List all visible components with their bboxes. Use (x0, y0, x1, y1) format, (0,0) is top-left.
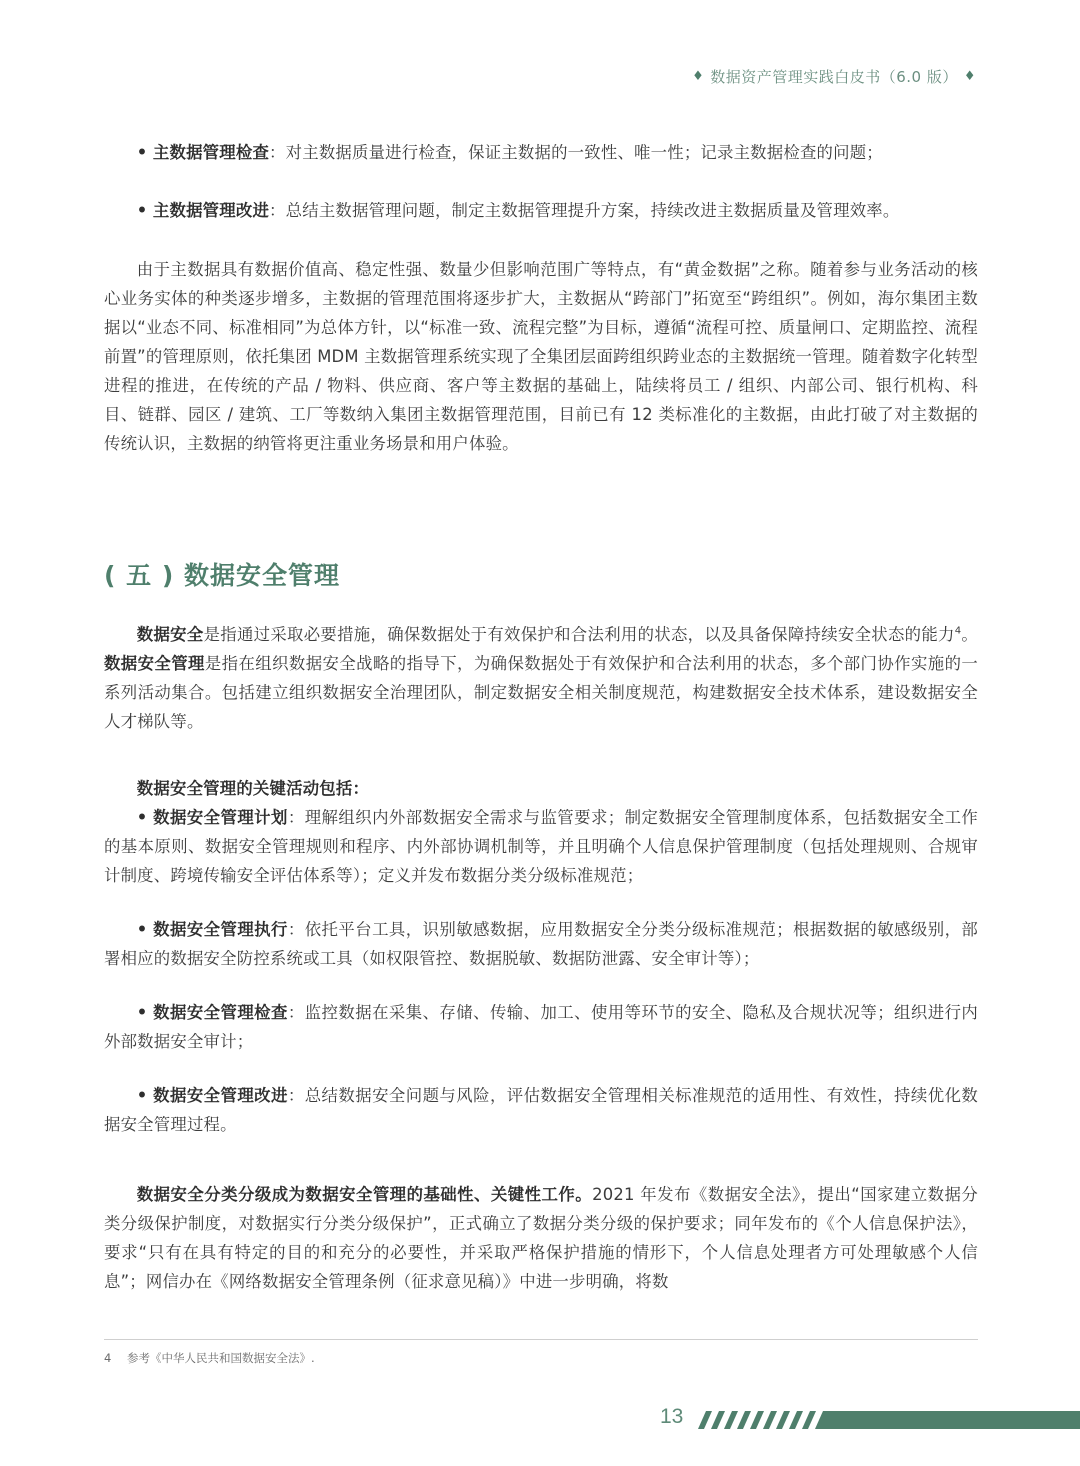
bullet-sep: ： (269, 201, 286, 220)
diamond-ornament-icon: ♦ (964, 69, 976, 84)
bullet-item: • 数据安全管理改进：总结数据安全问题与风险，评估数据安全管理相关标准规范的适用… (104, 1081, 978, 1139)
bullet-sep: ： (288, 1086, 305, 1105)
diamond-ornament-icon: ♦ (692, 69, 704, 84)
definition-text: 是指在组织数据安全战略的指导下，为确保数据处于有效保护和合法利用的状态，多个部门… (104, 654, 978, 731)
document-title: 数据资产管理实践白皮书（6.0 版） (710, 66, 958, 87)
bullet-marker: • (137, 1003, 148, 1022)
bullet-term: 数据安全管理执行 (153, 920, 288, 939)
bullet-item: • 数据安全管理执行：依托平台工具，识别敏感数据，应用数据安全分类分级标准规范；… (104, 915, 978, 973)
bullet-marker: • (137, 143, 148, 162)
section-title: ( 五 ) 数据安全管理 (104, 556, 340, 592)
bullet-marker: • (137, 808, 148, 827)
bullet-term: 数据安全管理改进 (153, 1086, 288, 1105)
master-data-bullets: • 主数据管理检查：对主数据质量进行检查，保证主数据的一致性、唯一性；记录主数据… (104, 138, 978, 225)
footnote-divider (104, 1339, 978, 1340)
bullet-item: • 主数据管理改进：总结主数据管理问题，制定主数据管理提升方案，持续改进主数据质… (104, 196, 978, 225)
activities-heading: 数据安全管理的关键活动包括： (104, 774, 978, 803)
page-number: 13 (660, 1405, 683, 1429)
footnote: 4 参考《中华人民共和国数据安全法》. (104, 1350, 315, 1366)
bullet-sep: ： (288, 808, 305, 827)
master-data-paragraph: 由于主数据具有数据价值高、稳定性强、数量少但影响范围广等特点，有“黄金数据”之称… (104, 255, 978, 458)
body-paragraph: 数据安全是指通过采取必要措施，确保数据处于有效保护和合法利用的状态，以及具备保障… (104, 620, 978, 736)
bullet-item: • 数据安全管理计划：理解组织内外部数据安全需求与监管要求；制定数据安全管理制度… (104, 803, 978, 890)
bullet-term: 数据安全管理计划 (153, 808, 288, 827)
bullet-marker: • (137, 920, 148, 939)
punctuation: 。 (961, 625, 978, 644)
running-header: ♦ 数据资产管理实践白皮书（6.0 版） ♦ (692, 66, 976, 87)
bullet-marker: • (137, 1086, 148, 1105)
bullet-marker: • (137, 201, 148, 220)
decorative-stripe-bar-icon (698, 1411, 1080, 1429)
bullet-text: 对主数据质量进行检查，保证主数据的一致性、唯一性；记录主数据检查的问题； (286, 143, 883, 162)
bullet-item: • 数据安全管理检查：监控数据在采集、存储、传输、加工、使用等环节的安全、隐私及… (104, 998, 978, 1056)
lead-sentence: 数据安全分类分级成为数据安全管理的基础性、关键性工作。 (137, 1185, 592, 1204)
footnote-number: 4 (104, 1351, 111, 1365)
bullet-term: 主数据管理检查 (153, 143, 269, 162)
bullet-sep: ： (288, 920, 305, 939)
footnote-text: 参考《中华人民共和国数据安全法》. (127, 1351, 315, 1365)
body-paragraph: 由于主数据具有数据价值高、稳定性强、数量少但影响范围广等特点，有“黄金数据”之称… (104, 255, 978, 458)
bullet-term: 主数据管理改进 (153, 201, 269, 220)
definition-text: 是指通过采取必要措施，确保数据处于有效保护和合法利用的状态，以及具备保障持续安全… (204, 625, 955, 644)
definition-paragraph: 数据安全是指通过采取必要措施，确保数据处于有效保护和合法利用的状态，以及具备保障… (104, 620, 978, 736)
body-paragraph: 数据安全分类分级成为数据安全管理的基础性、关键性工作。2021 年发布《数据安全… (104, 1180, 978, 1296)
security-activities: 数据安全管理的关键活动包括： • 数据安全管理计划：理解组织内外部数据安全需求与… (104, 774, 978, 1139)
defined-term: 数据安全 (137, 625, 204, 644)
bullet-text: 总结主数据管理问题，制定主数据管理提升方案，持续改进主数据质量及管理效率。 (286, 201, 900, 220)
classification-paragraph: 数据安全分类分级成为数据安全管理的基础性、关键性工作。2021 年发布《数据安全… (104, 1180, 978, 1296)
bullet-sep: ： (269, 143, 286, 162)
bullet-sep: ： (288, 1003, 305, 1022)
bullet-term: 数据安全管理检查 (153, 1003, 288, 1022)
bullet-item: • 主数据管理检查：对主数据质量进行检查，保证主数据的一致性、唯一性；记录主数据… (104, 138, 978, 167)
defined-term: 数据安全管理 (104, 654, 205, 673)
